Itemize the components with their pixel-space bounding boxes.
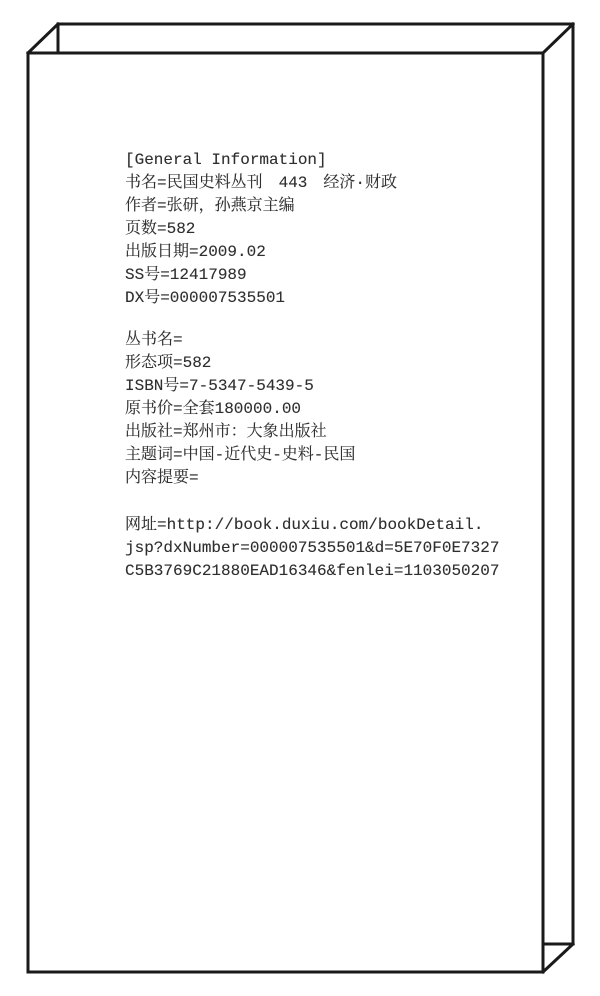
- metadata-line-pubdate: 出版日期=2009.02: [125, 241, 499, 264]
- book-top-right-fold: [543, 24, 573, 53]
- catalog-line-isbn: ISBN号=7-5347-5439-5: [125, 375, 499, 398]
- catalog-line-series: 丛书名=: [125, 329, 499, 352]
- book-top-left-fold: [28, 24, 58, 53]
- metadata-line-title: 书名=民国史料丛刊 443 经济·财政: [125, 172, 499, 195]
- url-line-1: 网址=http://book.duxiu.com/bookDetail.: [125, 514, 499, 537]
- catalog-line-format: 形态项=582: [125, 352, 499, 375]
- metadata-line-ss-number: SS号=12417989: [125, 264, 499, 287]
- url-line-2: jsp?dxNumber=000007535501&d=5E70F0E7327: [125, 537, 499, 560]
- book-info-text: [General Information] 书名=民国史料丛刊 443 经济·财…: [125, 149, 499, 583]
- general-info-header: [General Information]: [125, 149, 499, 172]
- metadata-line-author: 作者=张研，孙燕京主编: [125, 195, 499, 218]
- catalog-line-publisher: 出版社=郑州市：大象出版社: [125, 421, 499, 444]
- catalog-info-block: 丛书名= 形态项=582 ISBN号=7-5347-5439-5 原书价=全套1…: [125, 329, 499, 490]
- catalog-line-price: 原书价=全套180000.00: [125, 398, 499, 421]
- catalog-line-subject: 主题词=中国-近代史-史料-民国: [125, 444, 499, 467]
- book-bottom-right-fold: [543, 944, 573, 972]
- metadata-line-dx-number: DX号=000007535501: [125, 287, 499, 310]
- catalog-line-abstract: 内容提要=: [125, 467, 499, 490]
- metadata-line-pages: 页数=582: [125, 218, 499, 241]
- url-line-3: C5B3769C21880EAD16346&fenlei=1103050207: [125, 560, 499, 583]
- url-block: 网址=http://book.duxiu.com/bookDetail. jsp…: [125, 514, 499, 583]
- general-info-block: [General Information] 书名=民国史料丛刊 443 经济·财…: [125, 149, 499, 310]
- scanned-book-info-page: [General Information] 书名=民国史料丛刊 443 经济·财…: [0, 0, 600, 996]
